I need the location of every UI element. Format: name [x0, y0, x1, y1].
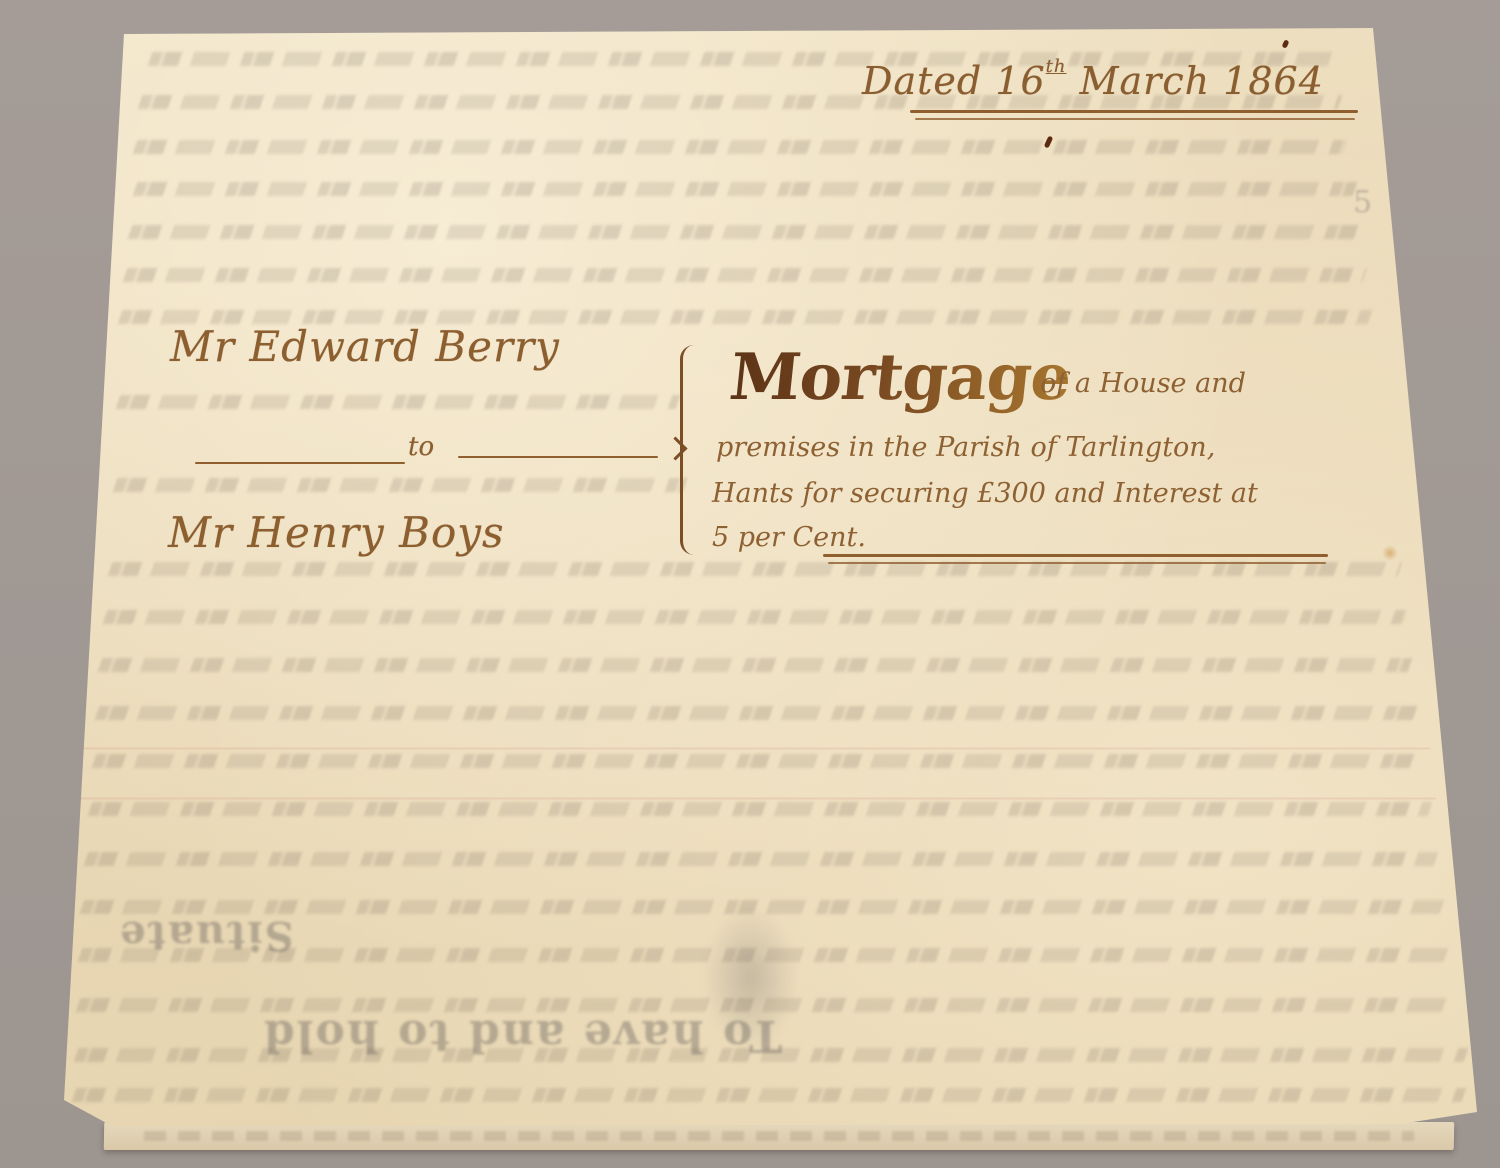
- date-day: 16: [995, 59, 1045, 103]
- party-connector: to: [408, 432, 434, 462]
- date-day-suffix: th: [1046, 56, 1067, 77]
- date-prefix: Dated: [862, 59, 982, 103]
- description-line-2: premises in the Parish of Tarlington,: [716, 432, 1215, 463]
- underlying-folded-sheet: [104, 1122, 1454, 1150]
- date-year: 1864: [1223, 59, 1324, 103]
- description-line-1: of a House and: [1040, 368, 1246, 399]
- date-month: March: [1080, 59, 1211, 103]
- underlying-sheet-text: [144, 1131, 1414, 1141]
- brace-bracket: [680, 345, 705, 555]
- description-underline-2: [828, 562, 1326, 564]
- document-title: Mortgage: [726, 340, 1074, 415]
- photo-stage: Situate To have and to hold 5 Dated 16th…: [0, 0, 1500, 1168]
- description-underline-1: [823, 554, 1328, 557]
- mortgagor-name: Mr Edward Berry: [170, 322, 560, 371]
- date-line: Dated 16th March 1864: [862, 56, 1324, 103]
- description-line-4: 5 per Cent.: [712, 522, 866, 553]
- description-line-3: Hants for securing £300 and Interest at: [712, 478, 1258, 509]
- party-divider-right: [458, 456, 658, 458]
- parchment-sheet: [0, 0, 1500, 1168]
- age-stain: [1382, 545, 1398, 561]
- party-divider-left: [195, 462, 405, 464]
- date-underline-1: [910, 110, 1358, 113]
- mortgagee-name: Mr Henry Boys: [168, 508, 505, 557]
- date-underline-2: [915, 118, 1355, 120]
